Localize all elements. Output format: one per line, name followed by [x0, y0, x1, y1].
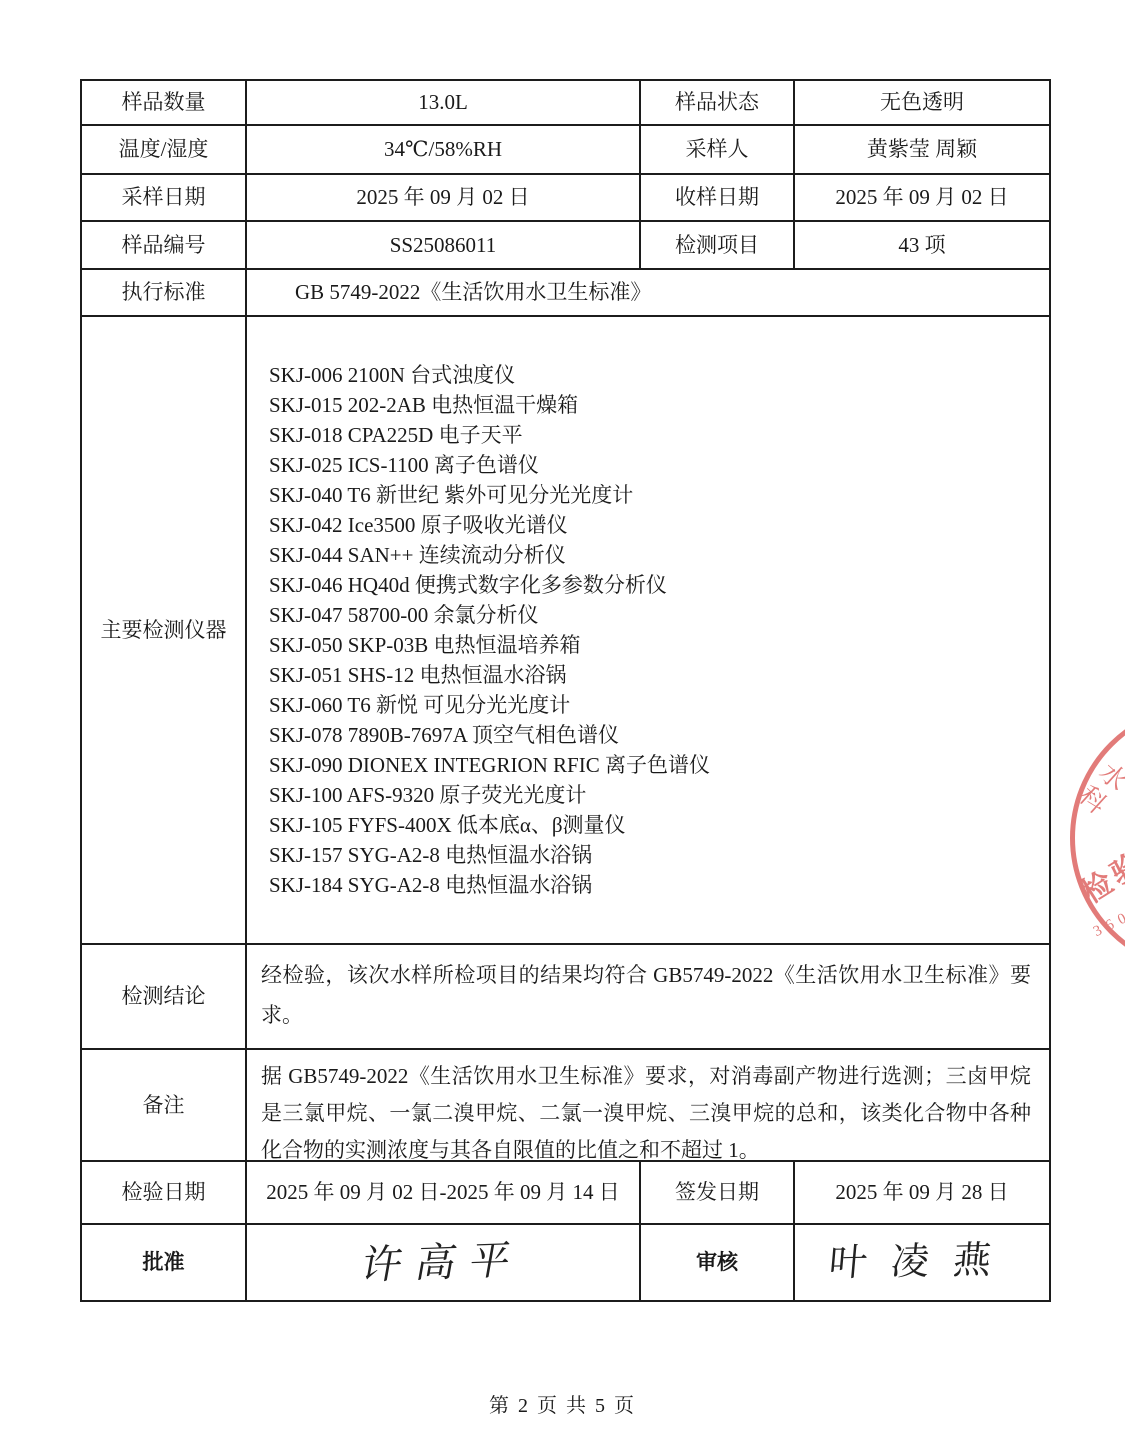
instruments-list: SKJ-006 2100N 台式浊度仪SKJ-015 202-2AB 电热恒温干… [247, 317, 1051, 945]
issue-date-value: 2025 年 09 月 28 日 [795, 1162, 1051, 1225]
conclusion-label: 检测结论 [82, 945, 247, 1050]
inspection-date-value: 2025 年 09 月 02 日-2025 年 09 月 14 日 [247, 1162, 641, 1225]
instrument-item: SKJ-060 T6 新悦 可见分光光度计 [269, 690, 570, 720]
temp-humidity-value: 34℃/58%RH [247, 126, 641, 175]
test-items-value: 43 项 [795, 222, 1051, 270]
approve-label: 批准 [82, 1225, 247, 1302]
sampler-value: 黄紫莹 周颖 [795, 126, 1051, 175]
sample-quantity-label: 样品数量 [82, 81, 247, 126]
instrument-item: SKJ-105 FYFS-400X 低本底α、β测量仪 [269, 810, 626, 840]
instrument-item: SKJ-157 SYG-A2-8 电热恒温水浴锅 [269, 840, 592, 870]
sample-state-value: 无色透明 [795, 81, 1051, 126]
standard-value: GB 5749-2022《生活饮用水卫生标准》 [247, 270, 1051, 317]
sample-number-label: 样品编号 [82, 222, 247, 270]
conclusion-cell: 经检验，该次水样所检项目的结果均符合 GB5749-2022《生活饮用水卫生标准… [247, 945, 1051, 1050]
remark-label: 备注 [82, 1050, 247, 1162]
temp-humidity-label: 温度/湿度 [82, 126, 247, 175]
instrument-item: SKJ-090 DIONEX INTEGRION RFIC 离子色谱仪 [269, 750, 710, 780]
instrument-item: SKJ-018 CPA225D 电子天平 [269, 420, 523, 450]
approve-signature-cell: 许高平 [247, 1225, 641, 1302]
instrument-item: SKJ-184 SYG-A2-8 电热恒温水浴锅 [269, 870, 592, 900]
sampler-label: 采样人 [641, 126, 795, 175]
sample-quantity-value: 13.0L [247, 81, 641, 126]
instrument-item: SKJ-025 ICS-1100 离子色谱仪 [269, 450, 539, 480]
sample-state-label: 样品状态 [641, 81, 795, 126]
sampling-date-value: 2025 年 09 月 02 日 [247, 175, 641, 222]
instrument-item: SKJ-078 7890B-7697A 顶空气相色谱仪 [269, 720, 619, 750]
instrument-item: SKJ-046 HQ40d 便携式数字化多参数分析仪 [269, 570, 667, 600]
remark-cell: 据 GB5749-2022《生活饮用水卫生标准》要求，对消毒副产物进行选测；三卤… [247, 1050, 1051, 1162]
receiving-date-value: 2025 年 09 月 02 日 [795, 175, 1051, 222]
page-number: 第 2 页 共 5 页 [0, 1389, 1125, 1418]
seal-label-fragment: 检验 [1072, 838, 1125, 911]
seal-ring-text-fragment: 水科 [1066, 753, 1125, 824]
instrument-item: SKJ-044 SAN++ 连续流动分析仪 [269, 540, 566, 570]
review-signature-cell: 叶凌燕 [795, 1225, 1051, 1302]
instrument-item: SKJ-006 2100N 台式浊度仪 [269, 360, 515, 390]
receiving-date-label: 收样日期 [641, 175, 795, 222]
inspection-date-label: 检验日期 [82, 1162, 247, 1225]
instrument-item: SKJ-050 SKP-03B 电热恒温培养箱 [269, 630, 581, 660]
instrument-item: SKJ-015 202-2AB 电热恒温干燥箱 [269, 390, 578, 420]
test-items-label: 检测项目 [641, 222, 795, 270]
instruments-label: 主要检测仪器 [82, 317, 247, 945]
instrument-item: SKJ-047 58700-00 余氯分析仪 [269, 600, 539, 630]
report-page: 样品数量 13.0L 样品状态 无色透明 温度/湿度 34℃/58%RH 采样人… [0, 0, 1125, 1433]
approve-signature: 许高平 [358, 1235, 529, 1291]
instrument-item: SKJ-042 Ice3500 原子吸收光谱仪 [269, 510, 568, 540]
instrument-item: SKJ-100 AFS-9320 原子荧光光度计 [269, 780, 586, 810]
review-label: 审核 [641, 1225, 795, 1302]
sample-number-value: SS25086011 [247, 222, 641, 270]
remark-text: 据 GB5749-2022《生活饮用水卫生标准》要求，对消毒副产物进行选测；三卤… [247, 1050, 1049, 1162]
instrument-item: SKJ-040 T6 新世纪 紫外可见分光光度计 [269, 480, 633, 510]
report-table: 样品数量 13.0L 样品状态 无色透明 温度/湿度 34℃/58%RH 采样人… [80, 79, 1051, 1302]
standard-label: 执行标准 [82, 270, 247, 317]
sampling-date-label: 采样日期 [82, 175, 247, 222]
review-signature: 叶凌燕 [827, 1237, 1017, 1288]
instrument-item: SKJ-051 SHS-12 电热恒温水浴锅 [269, 660, 567, 690]
seal-ring [1070, 703, 1125, 973]
conclusion-text: 经检验，该次水样所检项目的结果均符合 GB5749-2022《生活饮用水卫生标准… [247, 945, 1049, 1035]
red-seal-stamp: 水科 检验 3601 [1070, 703, 1125, 973]
issue-date-label: 签发日期 [641, 1162, 795, 1225]
seal-code-fragment: 3601 [1091, 902, 1125, 941]
